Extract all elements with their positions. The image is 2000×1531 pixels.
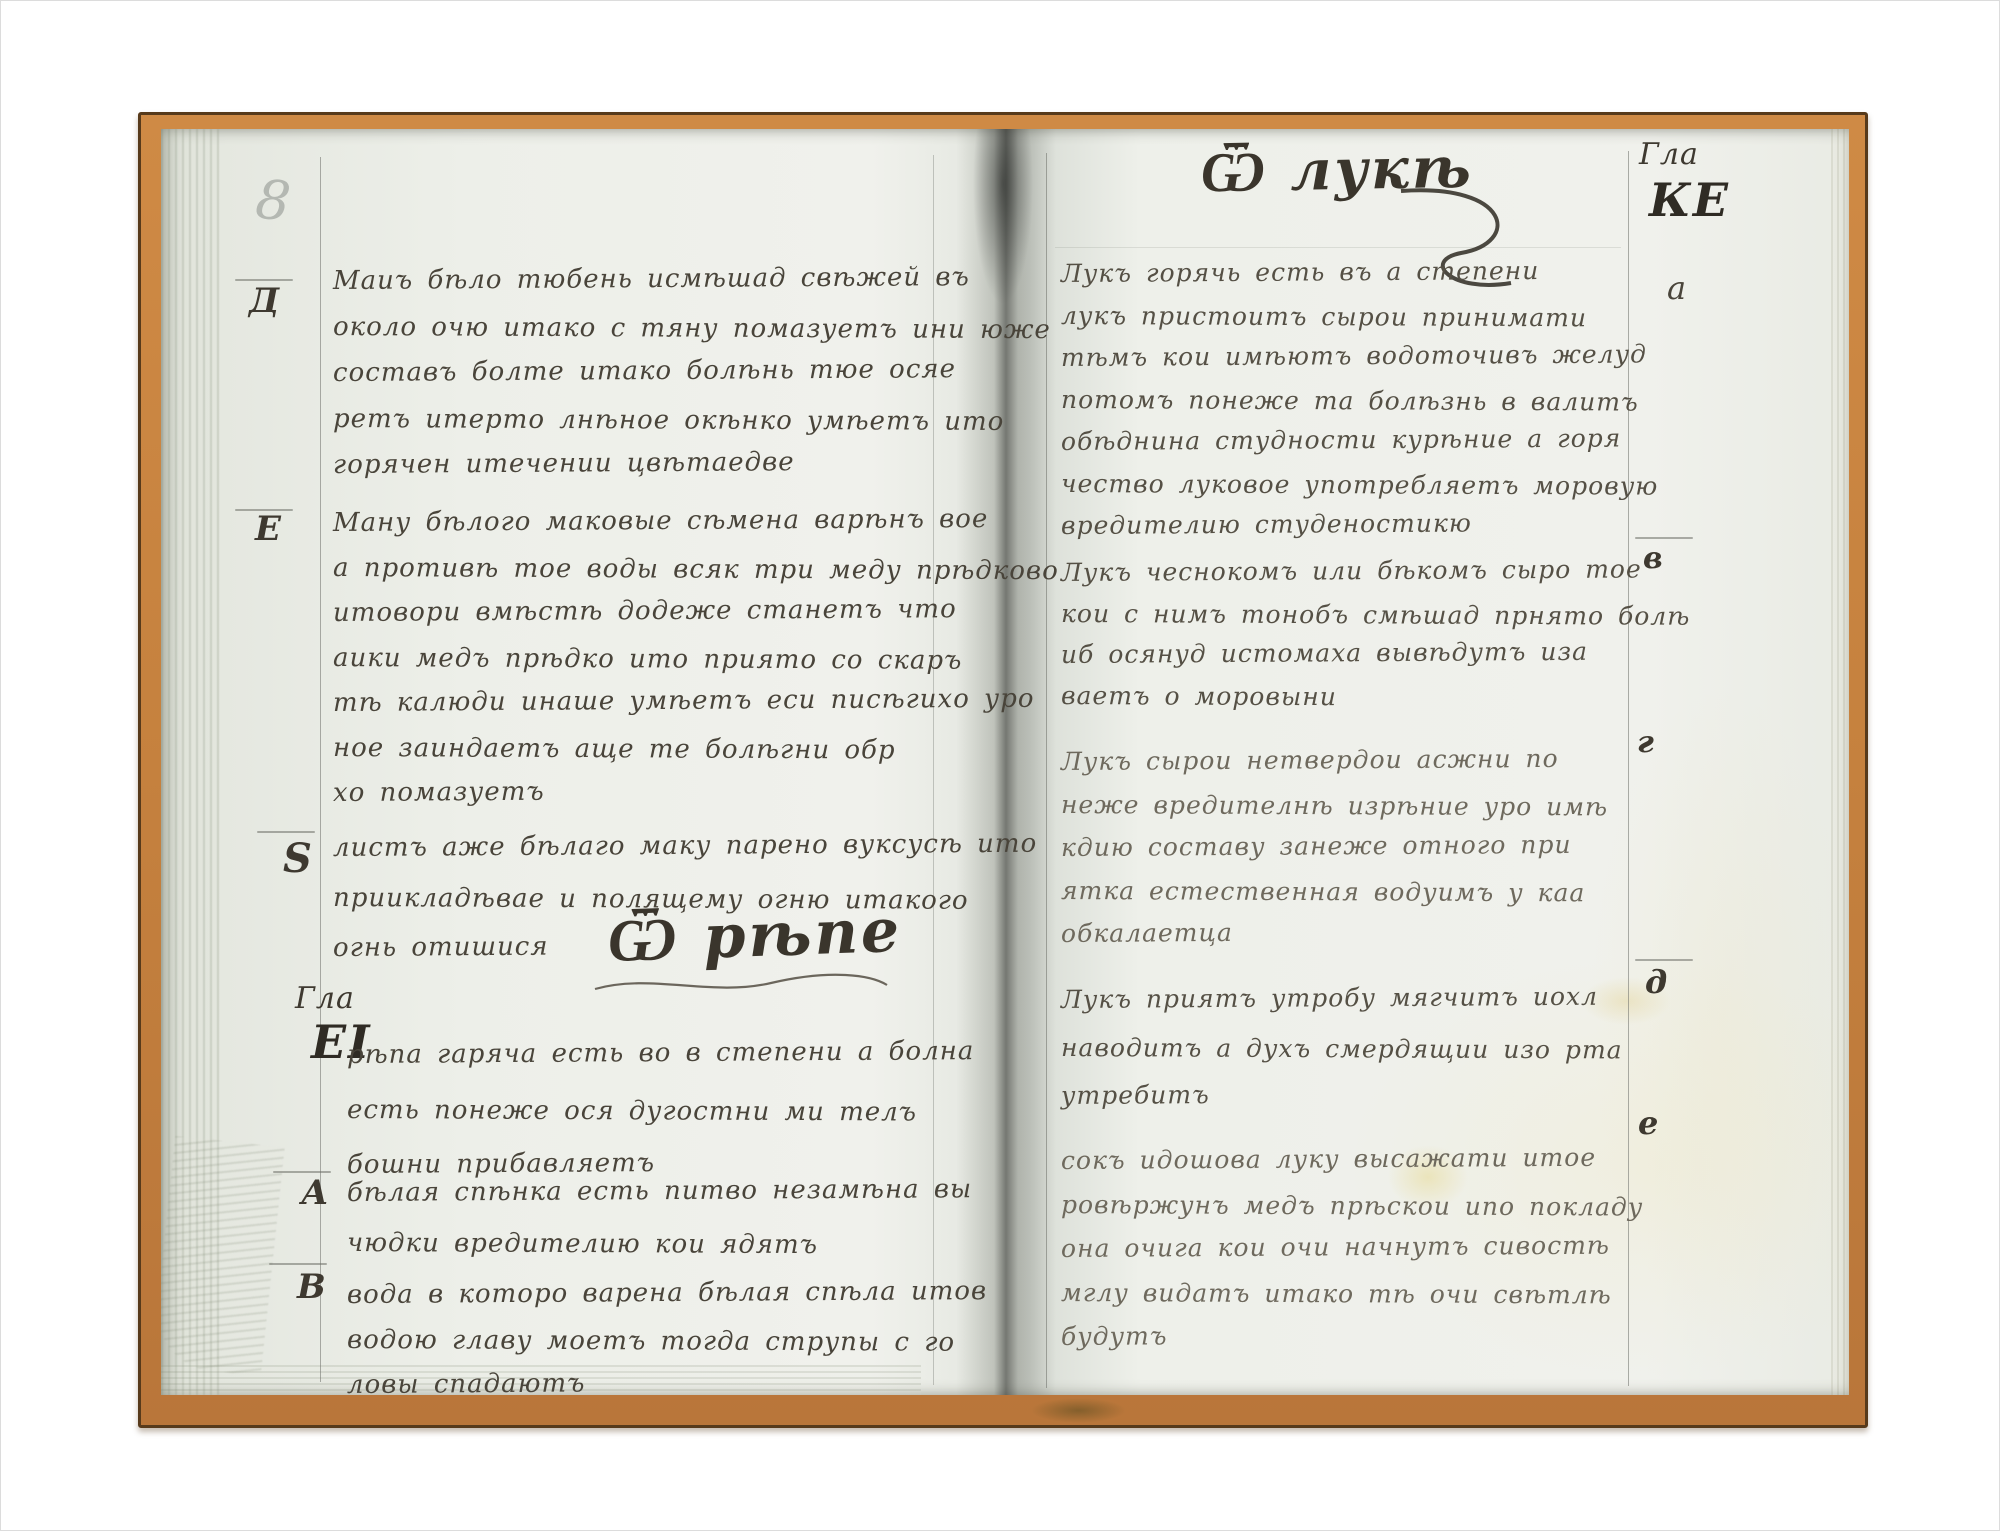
handwritten-line: чюдки вредителию кои ядятъ (347, 1218, 962, 1271)
paragraph: Ману бѣлого маковые сѣмена варѣнъ вое а … (333, 501, 958, 816)
page-spread: 8 Д Маиъ бѣло тюбень исмѣшад свѣжей въ о… (161, 129, 1849, 1395)
margin-letter: В (297, 1267, 326, 1307)
handwritten-line: чество луковое употребляетъ моровую (1061, 463, 1621, 507)
paragraph: бѣлая спѣнка есть питво незамѣна вы чюдк… (347, 1168, 962, 1268)
handwritten-line: горячен итечении цвѣтаедве (333, 438, 958, 488)
handwritten-line: а противѣ тое воды всяк три меду прѣдков… (333, 546, 958, 594)
handwritten-line: ятка естественная водуимъ у каа (1061, 869, 1621, 914)
handwritten-line: бѣлая спѣнка есть питво незамѣна вы (347, 1164, 962, 1218)
handwritten-line: ровѣржунъ медъ прѣскои ипо покладу (1061, 1183, 1621, 1229)
handwritten-line: тѣмъ кои имѣютъ водоточивъ желуд (1061, 334, 1621, 379)
margin-letter: Е (255, 509, 281, 549)
handwritten-line: есть понеже ося дугостни ми телъ (347, 1083, 962, 1141)
handwritten-line: вода в которо варена бѣлая спѣла итов (347, 1269, 962, 1318)
paragraph: Лукъ горячь есть въ а степени лукъ прист… (1061, 253, 1621, 547)
handwritten-line: листъ аже бѣлаго маку парено вуксусѣ ито (333, 819, 958, 873)
handwritten-line: обкалаетца (1061, 909, 1621, 955)
handwritten-line: итовори вмѣстѣ додеже станетъ что (333, 587, 958, 636)
handwritten-line: Лукъ чеснокомъ или бѣкомъ сыро тое (1061, 549, 1621, 593)
handwritten-line: обѣднина студности курѣние а горя (1061, 418, 1621, 463)
handwritten-line: рѣпа гаряча есть во в степени а болна (347, 1024, 962, 1083)
folio-number: 8 (253, 167, 294, 233)
handwritten-line: Ману бѣлого маковые сѣмена варѣнъ вое (333, 497, 958, 546)
margin-tick (1635, 537, 1693, 539)
handwritten-line: ное заиндаетъ аще те болѣгни обр (333, 726, 958, 774)
handwritten-line: тѣ калюди инаше умѣетъ еси писѣгихо уро (333, 677, 958, 726)
handwritten-line: ваетъ о моровыни (1061, 675, 1621, 718)
handwritten-line: кои с нимъ тонобъ смѣшад прнято болѣ (1061, 593, 1621, 636)
chapter-item-letter: а (1667, 269, 1686, 307)
handwritten-line: потомъ понеже та болѣзнь в валитъ (1061, 379, 1621, 423)
handwritten-line: сокъ идошова луку высажати итое (1061, 1136, 1621, 1183)
margin-letter: А (301, 1173, 329, 1213)
margin-letter: в (1643, 541, 1663, 576)
chapter-word: Гла (295, 981, 355, 1016)
header-flourish (591, 971, 891, 997)
handwritten-line: водою главу моетъ тогда струпы с го (347, 1318, 962, 1366)
handwritten-line: аики медъ прѣдко ито приято со скаръ (333, 636, 958, 684)
handwritten-line: мглу видатъ итако тѣ очи свѣтлѣ (1061, 1271, 1621, 1317)
margin-letter: д (1645, 963, 1667, 1001)
paragraph: Лукъ приятъ утробу мягчитъ иохл наводитъ… (1061, 976, 1621, 1120)
handwritten-line: хо помазуетъ (333, 767, 958, 816)
handwritten-line: будутъ (1061, 1312, 1621, 1359)
cover-stain (1031, 1398, 1126, 1423)
margin-tick (257, 831, 315, 833)
handwritten-line: составъ болте итако болѣнь тюе осяе (333, 346, 958, 396)
manuscript-photo: { "left_page": { "page_number": "8", "ch… (0, 0, 2000, 1531)
handwritten-line: утребитъ (1061, 1069, 1621, 1120)
handwritten-line: Лукъ приятъ утробу мягчитъ иохл (1061, 973, 1621, 1024)
margin-letter: г (1637, 725, 1654, 760)
margin-letter: Д (249, 281, 279, 321)
book: 8 Д Маиъ бѣло тюбень исмѣшад свѣжей въ о… (138, 112, 1868, 1428)
paragraph: вода в которо варена бѣлая спѣла итов во… (347, 1273, 962, 1395)
handwritten-line: ловы спадаютъ (347, 1359, 962, 1395)
handwritten-line: Лукъ сырои нетвердои асжни по (1061, 737, 1621, 783)
chapter-word: Гла (1639, 137, 1699, 172)
page-edges-right (1831, 129, 1849, 1395)
handwritten-line: неже вредителнѣ изрѣние уро имѣ (1061, 783, 1621, 828)
margin-tick (269, 1263, 327, 1265)
handwritten-line: наводитъ а духъ смердящии изо рта (1061, 1024, 1621, 1074)
paragraph: Лукъ чеснокомъ или бѣкомъ сыро тое кои с… (1061, 552, 1621, 716)
chapter-number: КЕ (1649, 173, 1730, 227)
handwritten-line: иб осянуд истомаха вывѣдутъ иза (1061, 631, 1621, 675)
section-header-ornate: Ѿ рѣпе (607, 896, 903, 976)
margin-letter: е (1638, 1104, 1658, 1142)
handwritten-line: Лукъ горячь есть въ а степени (1061, 250, 1621, 295)
handwritten-line: Маиъ бѣло тюбень исмѣшад свѣжей въ (333, 254, 958, 304)
handwritten-line: ретъ итерто лнѣное окѣнко умѣетъ ито (333, 396, 958, 445)
margin-letter: Ѕ (283, 835, 312, 882)
handwritten-line: лукъ пристоитъ сырои принимати (1061, 295, 1621, 339)
handwritten-line: она очига кои очи начнутъ сивостѣ (1061, 1224, 1621, 1271)
ruled-line-header (1055, 247, 1621, 248)
stain (1591, 689, 1849, 1329)
paragraph: сокъ идошова луку высажати итое ровѣржун… (1061, 1139, 1621, 1359)
page-edges-corner (161, 1136, 285, 1376)
paragraph: Лукъ сырои нетвердои асжни по неже вреди… (1061, 740, 1621, 955)
handwritten-line: вредителию студеностикю (1061, 502, 1621, 547)
handwritten-line: кдию составу занеже отного при (1061, 823, 1621, 869)
margin-tick (1635, 959, 1693, 961)
handwritten-line: около очю итако с тяну помазуетъ ини юже (333, 304, 958, 353)
paragraph: Маиъ бѣло тюбень исмѣшад свѣжей въ около… (333, 258, 958, 488)
